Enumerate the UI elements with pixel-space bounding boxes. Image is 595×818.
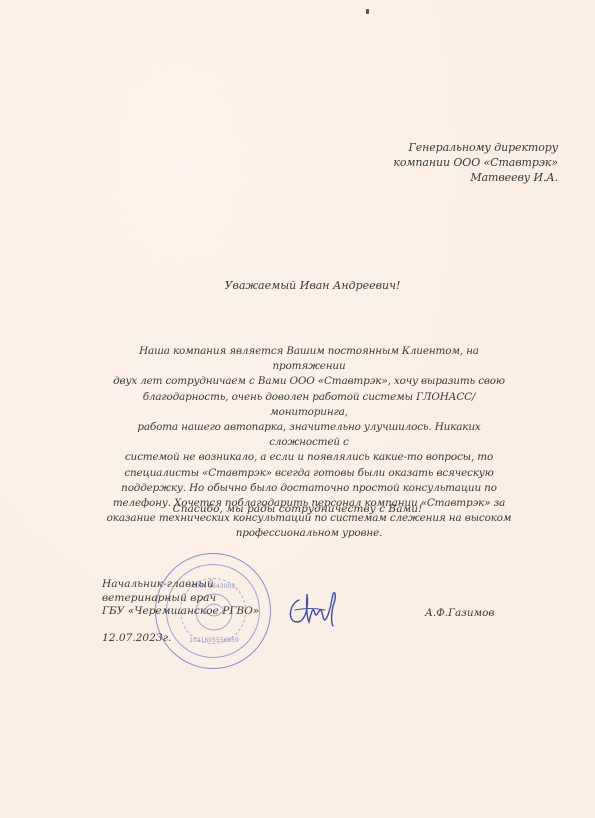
addressee-block: Генеральному директору компании ООО «Ста… (393, 140, 558, 185)
letter-date: 12.07.2023г. (102, 632, 171, 644)
handwritten-signature-icon (285, 586, 355, 628)
body-line: профессиональном уровне. (104, 526, 514, 541)
body-line: благодарность, очень доволен работой сис… (104, 390, 514, 420)
signer-title-line-2: ветеринарный врач (102, 592, 259, 606)
addressee-line-1: Генеральному директору (393, 140, 558, 155)
signer-name: А.Ф.Газимов (425, 607, 494, 619)
scan-speck (366, 9, 369, 14)
addressee-line-2: компании ООО «Ставтрэк» (393, 155, 558, 170)
body-line: двух лет сотрудничаем с Вами ООО «Ставтр… (104, 374, 514, 389)
body-line: специалисты «Ставтрэк» всегда готовы был… (104, 466, 514, 481)
body-line: поддержку. Но обычно было достаточно про… (104, 481, 514, 496)
svg-text:1021605556959: 1021605556959 (189, 637, 239, 644)
signer-title-line-1: Начальник-главный (102, 578, 259, 592)
body-line: системой не возникало, а если и появляли… (104, 450, 514, 465)
signer-title-block: Начальник-главный ветеринарный врач ГБУ … (102, 578, 259, 619)
addressee-line-3: Матвееву И.А. (393, 170, 558, 185)
letter-page: Генеральному директору компании ООО «Ста… (0, 0, 595, 818)
body-line: Наша компания является Вашим постоянным … (104, 344, 514, 374)
closing-line: Спасибо, мы рады сотрудничеству с Вами! (0, 503, 595, 515)
body-line: работа нашего автопарка, значительно улу… (104, 420, 514, 450)
salutation: Уважаемый Иван Андреевич! (0, 279, 595, 292)
signer-title-line-3: ГБУ «Черемшанское РГВО» (102, 605, 259, 619)
